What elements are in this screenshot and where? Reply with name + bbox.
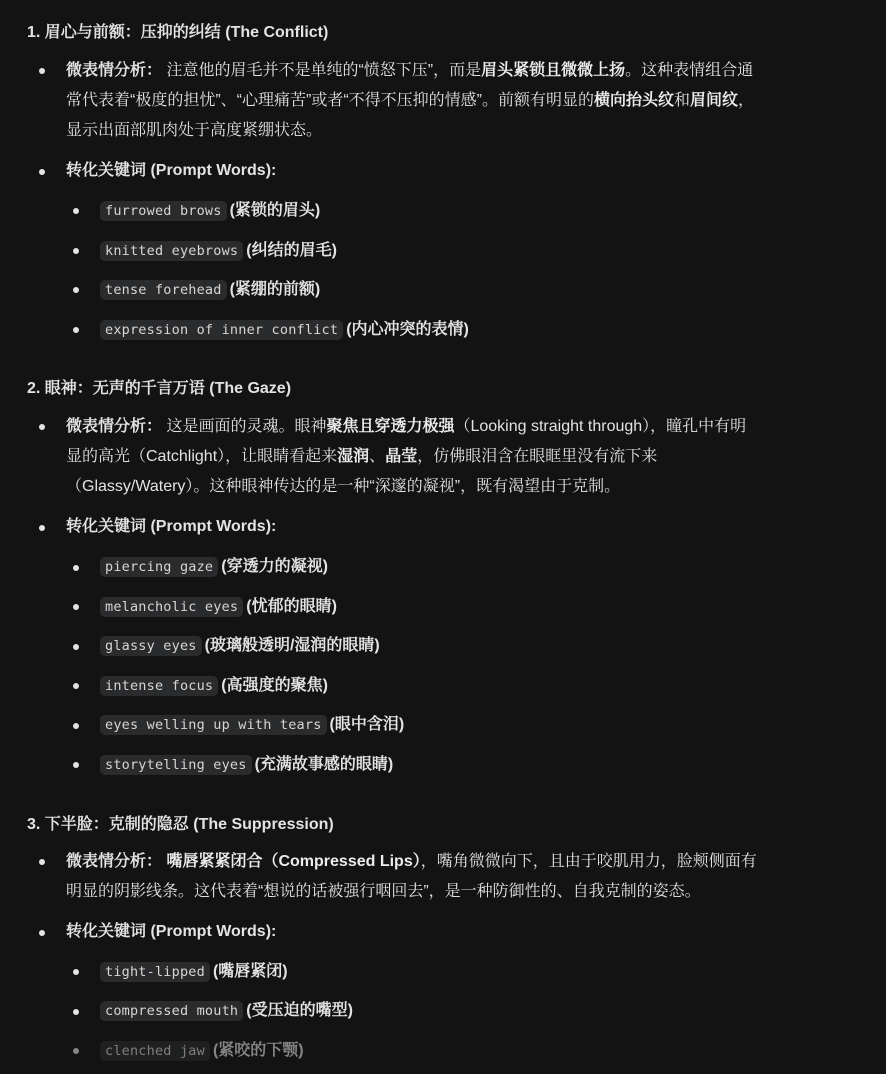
bullet-icon bbox=[73, 248, 79, 254]
keyword-item: expression of inner conflict(内心冲突的表情) bbox=[100, 318, 469, 342]
keyword-item: knitted eyebrows(纠结的眉毛) bbox=[100, 239, 337, 263]
analysis-line: （Glassy/Watery）。这种眼神传达的是一种“深邃的凝视”，既有渴望由于… bbox=[66, 472, 846, 502]
keyword-gloss: (受压迫的嘴型) bbox=[246, 1002, 353, 1019]
bullet-icon bbox=[73, 1009, 79, 1015]
bullet-icon bbox=[73, 723, 79, 729]
bullet-icon bbox=[39, 525, 45, 531]
keyword-gloss: (紧绷的前额) bbox=[230, 281, 321, 298]
analysis-label: 微表情分析： bbox=[66, 853, 162, 870]
keyword-item: tense forehead(紧绷的前额) bbox=[100, 278, 320, 302]
keyword-code[interactable]: furrowed brows bbox=[100, 201, 227, 221]
body-text: 显的高光（Catchlight），让眼睛看起来 bbox=[66, 448, 337, 465]
keyword-gloss: (内心冲突的表情) bbox=[346, 321, 469, 338]
keywords-label: 转化关键词 (Prompt Words): bbox=[66, 515, 276, 539]
keyword-gloss: (忧郁的眼睛) bbox=[246, 598, 337, 615]
emphasis-text: 横向抬头纹 bbox=[594, 92, 674, 109]
section-heading-3: 3. 下半脸：克制的隐忍 (The Suppression) bbox=[27, 813, 334, 837]
bullet-icon bbox=[39, 424, 45, 430]
analysis-line: 明显的阴影线条。这代表着“想说的话被强行咽回去”，是一种防御性的、自我克制的姿态… bbox=[66, 877, 846, 907]
body-text: 常代表着“极度的担忧”、“心理痛苦”或者“不得不压抑的情感”。前额有明显的 bbox=[66, 92, 594, 109]
keyword-gloss: (眼中含泪) bbox=[330, 716, 405, 733]
keyword-gloss: (高强度的聚焦) bbox=[221, 677, 328, 694]
bullet-icon bbox=[39, 68, 45, 74]
keyword-item: compressed mouth(受压迫的嘴型) bbox=[100, 999, 353, 1023]
keyword-code[interactable]: glassy eyes bbox=[100, 636, 202, 656]
emphasis-text: 聚焦且穿透力极强 bbox=[326, 418, 454, 435]
body-text: 注意他的眉毛并不是单纯的“愤怒下压”，而是 bbox=[162, 62, 481, 79]
section-heading-1: 1. 眉心与前额：压抑的纠结 (The Conflict) bbox=[27, 21, 328, 45]
bullet-icon bbox=[73, 604, 79, 610]
keyword-gloss: (充满故事感的眼睛) bbox=[255, 756, 394, 773]
bullet-icon bbox=[73, 683, 79, 689]
keyword-code[interactable]: compressed mouth bbox=[100, 1001, 243, 1021]
body-text: 。这种表情组合通 bbox=[625, 62, 753, 79]
bullet-icon bbox=[73, 208, 79, 214]
keyword-item: melancholic eyes(忧郁的眼睛) bbox=[100, 595, 337, 619]
analysis-line: 微表情分析： 注意他的眉毛并不是单纯的“愤怒下压”，而是眉头紧锁且微微上扬。这种… bbox=[66, 56, 846, 86]
body-text: 和 bbox=[674, 92, 690, 109]
bullet-icon bbox=[39, 930, 45, 936]
keyword-item: furrowed brows(紧锁的眉头) bbox=[100, 199, 320, 223]
body-text: 这是画面的灵魂。眼神 bbox=[162, 418, 326, 435]
bullet-icon bbox=[73, 969, 79, 975]
body-text: ，嘴角微微向下，且由于咬肌用力，脸颊侧面有 bbox=[421, 853, 757, 870]
bullet-icon bbox=[39, 859, 45, 865]
bullet-icon bbox=[73, 287, 79, 293]
keyword-gloss: (穿透力的凝视) bbox=[221, 558, 328, 575]
analysis-paragraph-3: 微表情分析： 嘴唇紧紧闭合（Compressed Lips），嘴角微微向下，且由… bbox=[66, 847, 846, 907]
keywords-label: 转化关键词 (Prompt Words): bbox=[66, 920, 276, 944]
body-text: 显示出面部肌肉处于高度紧绷状态。 bbox=[66, 122, 322, 139]
emphasis-text: 眉头紧锁且微微上扬 bbox=[481, 62, 625, 79]
bullet-icon bbox=[73, 644, 79, 650]
section-heading-2: 2. 眼神：无声的千言万语 (The Gaze) bbox=[27, 377, 291, 401]
keyword-code[interactable]: piercing gaze bbox=[100, 557, 218, 577]
keyword-item: glassy eyes(玻璃般透明/湿润的眼睛) bbox=[100, 634, 380, 658]
keyword-code[interactable]: expression of inner conflict bbox=[100, 320, 343, 340]
keyword-code[interactable]: tight-lipped bbox=[100, 962, 210, 982]
keyword-item: piercing gaze(穿透力的凝视) bbox=[100, 555, 328, 579]
analysis-label: 微表情分析： bbox=[66, 418, 162, 435]
body-text: 明显的阴影线条。这代表着“想说的话被强行咽回去”，是一种防御性的、自我克制的姿态… bbox=[66, 883, 701, 900]
analysis-label: 微表情分析： bbox=[66, 62, 162, 79]
keyword-item: storytelling eyes(充满故事感的眼睛) bbox=[100, 753, 393, 777]
analysis-paragraph-2: 微表情分析： 这是画面的灵魂。眼神聚焦且穿透力极强（Looking straig… bbox=[66, 412, 846, 502]
keyword-code[interactable]: storytelling eyes bbox=[100, 755, 252, 775]
analysis-line: 微表情分析： 这是画面的灵魂。眼神聚焦且穿透力极强（Looking straig… bbox=[66, 412, 846, 442]
keyword-code[interactable]: melancholic eyes bbox=[100, 597, 243, 617]
body-text: ，仿佛眼泪含在眼眶里没有流下来 bbox=[417, 448, 657, 465]
keyword-gloss: (嘴唇紧闭) bbox=[213, 963, 288, 980]
body-text: 、 bbox=[369, 448, 385, 465]
bullet-icon bbox=[73, 565, 79, 571]
keyword-item: eyes welling up with tears(眼中含泪) bbox=[100, 713, 404, 737]
keyword-item: intense focus(高强度的聚焦) bbox=[100, 674, 328, 698]
analysis-line: 显示出面部肌肉处于高度紧绷状态。 bbox=[66, 116, 846, 146]
keyword-code[interactable]: intense focus bbox=[100, 676, 218, 696]
emphasis-text: 湿润 bbox=[337, 448, 369, 465]
keywords-label: 转化关键词 (Prompt Words): bbox=[66, 159, 276, 183]
emphasis-text: 嘴唇紧紧闭合（Compressed Lips） bbox=[166, 853, 420, 870]
emphasis-text: 眉间纹 bbox=[690, 92, 738, 109]
keyword-item: clenched jaw(紧咬的下颚) bbox=[100, 1039, 304, 1063]
bullet-icon bbox=[73, 327, 79, 333]
keyword-code[interactable]: knitted eyebrows bbox=[100, 241, 243, 261]
emphasis-text: 晶莹 bbox=[385, 448, 417, 465]
keyword-gloss: (紧锁的眉头) bbox=[230, 202, 321, 219]
keyword-item: tight-lipped(嘴唇紧闭) bbox=[100, 960, 288, 984]
keyword-gloss: (紧咬的下颚) bbox=[213, 1042, 304, 1059]
keyword-code[interactable]: eyes welling up with tears bbox=[100, 715, 327, 735]
analysis-line: 常代表着“极度的担忧”、“心理痛苦”或者“不得不压抑的情感”。前额有明显的横向抬… bbox=[66, 86, 846, 116]
keyword-gloss: (纠结的眉毛) bbox=[246, 242, 337, 259]
keyword-code[interactable]: tense forehead bbox=[100, 280, 227, 300]
keyword-gloss: (玻璃般透明/湿润的眼睛) bbox=[205, 637, 380, 654]
keyword-code[interactable]: clenched jaw bbox=[100, 1041, 210, 1061]
analysis-paragraph-1: 微表情分析： 注意他的眉毛并不是单纯的“愤怒下压”，而是眉头紧锁且微微上扬。这种… bbox=[66, 56, 846, 146]
analysis-line: 微表情分析： 嘴唇紧紧闭合（Compressed Lips），嘴角微微向下，且由… bbox=[66, 847, 846, 877]
bullet-icon bbox=[39, 169, 45, 175]
bullet-icon bbox=[73, 762, 79, 768]
analysis-line: 显的高光（Catchlight），让眼睛看起来湿润、晶莹，仿佛眼泪含在眼眶里没有… bbox=[66, 442, 846, 472]
body-text: ， bbox=[738, 92, 754, 109]
body-text: （Looking straight through），瞳孔中有明 bbox=[454, 418, 746, 435]
bullet-icon bbox=[73, 1048, 79, 1054]
body-text: （Glassy/Watery）。这种眼神传达的是一种“深邃的凝视”，既有渴望由于… bbox=[66, 478, 620, 495]
